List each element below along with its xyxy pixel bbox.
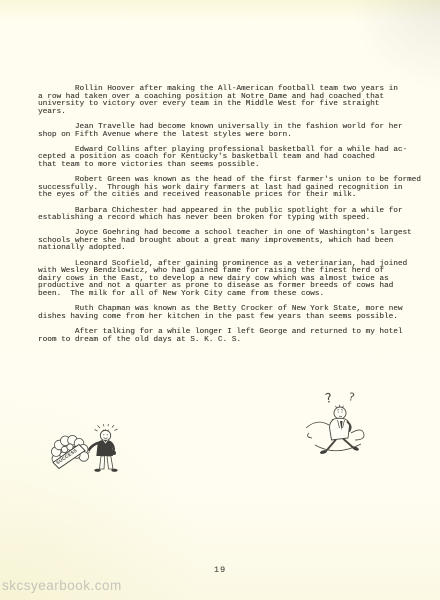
success-wreath-cartoon-icon: SUCCESS: [46, 424, 128, 488]
question-mark-icon: ?: [324, 391, 333, 407]
paragraph: Jean Travelle had become known universal…: [38, 124, 426, 139]
watermark: skcsyearbook.com: [2, 578, 122, 593]
yearbook-page: Rollin Hoover after making the All-Ameri…: [0, 0, 440, 600]
body-text: Rollin Hoover after making the All-Ameri…: [38, 86, 426, 344]
paragraph: Joyce Goehring had become a school teach…: [38, 230, 426, 253]
paragraph: Leonard Scofield, after gaining prominen…: [38, 261, 426, 299]
page-number: 19: [0, 565, 440, 575]
paragraph: Robert Green was known as the head of th…: [38, 177, 426, 200]
paragraph: Edward Collins after playing professiona…: [38, 147, 426, 170]
paragraph: Ruth Chapman was known as the Betty Croc…: [38, 306, 426, 321]
paragraph: After talking for a while longer I left …: [38, 329, 426, 344]
paragraph: Rollin Hoover after making the All-Ameri…: [38, 86, 426, 116]
paragraph: Barbara Chichester had appeared in the p…: [38, 208, 426, 223]
puzzled-man-cartoon-icon: ? ?: [298, 386, 374, 468]
question-mark-icon: ?: [347, 390, 356, 404]
man-figure: [86, 429, 118, 472]
